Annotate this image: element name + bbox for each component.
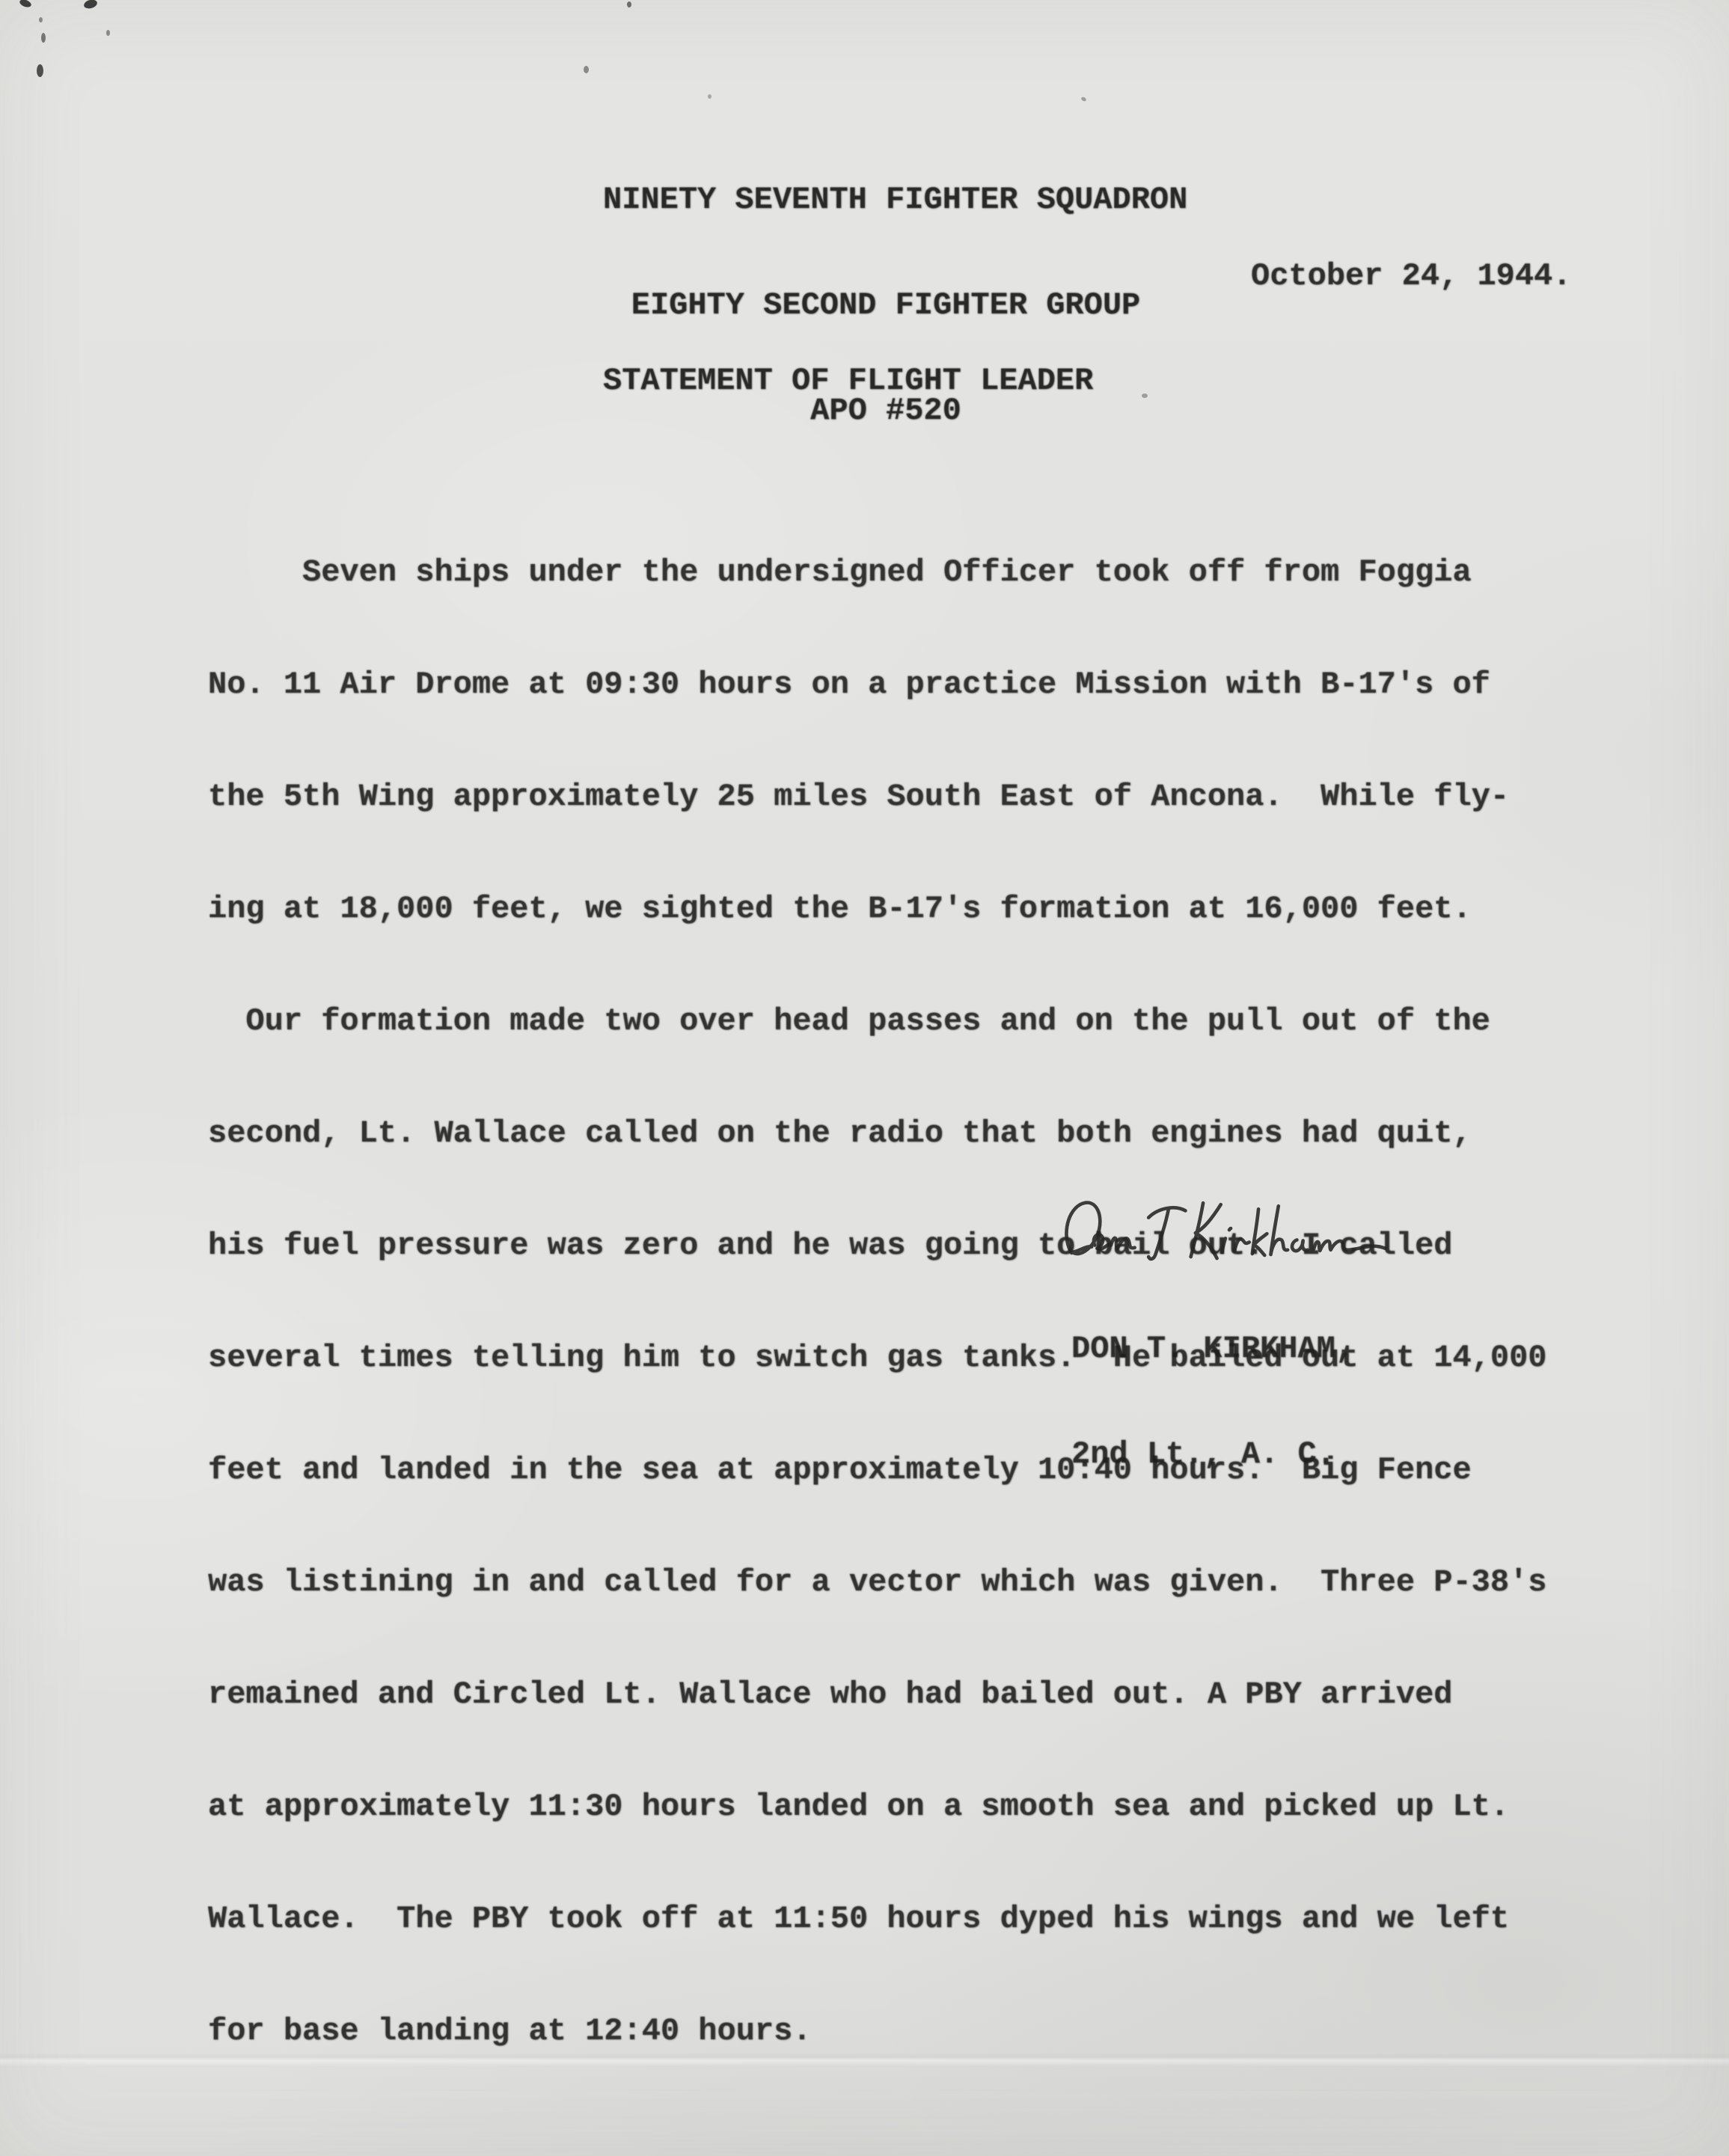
paper-fold-crease (0, 2053, 1729, 2066)
letterhead: NINETY SEVENTH FIGHTER SQUADRON EIGHTY S… (603, 112, 1169, 499)
letterhead-apo: APO #520 (603, 393, 1169, 429)
body-line: the 5th Wing approximately 25 miles Sout… (208, 778, 1547, 815)
handwritten-signature (1059, 1188, 1398, 1269)
scanned-document-page: NINETY SEVENTH FIGHTER SQUADRON EIGHTY S… (0, 0, 1729, 2156)
paper-speck (39, 17, 43, 22)
body-line: ing at 18,000 feet, we sighted the B-17'… (208, 890, 1547, 928)
document-title: STATEMENT OF FLIGHT LEADER (603, 364, 1093, 399)
paper-speck (83, 0, 98, 10)
body-line: for base landing at 12:40 hours. (208, 2012, 1547, 2050)
body-line: second, Lt. Wallace called on the radio … (208, 1115, 1547, 1152)
signature-rank: 2nd Lt., A. C. (1071, 1437, 1354, 1472)
body-line: remained and Circled Lt. Wallace who had… (208, 1676, 1547, 1713)
paper-speck (1080, 97, 1087, 102)
paper-speck (708, 94, 712, 99)
body-line: No. 11 Air Drome at 09:30 hours on a pra… (208, 666, 1547, 703)
body-line: Seven ships under the undersigned Office… (208, 554, 1547, 591)
document-date: October 24, 1944. (1251, 259, 1571, 294)
paper-speck (627, 1, 631, 7)
body-line: Wallace. The PBY took off at 11:50 hours… (208, 1900, 1547, 1938)
letterhead-squadron: NINETY SEVENTH FIGHTER SQUADRON (603, 183, 1169, 218)
paper-speck (1142, 393, 1148, 398)
paper-speck (584, 66, 589, 73)
body-line: was listining in and called for a vector… (208, 1564, 1547, 1601)
paper-speck (106, 30, 110, 36)
paper-speck (19, 0, 32, 8)
paper-speck (41, 33, 46, 43)
signature-typed-name: DON T. KIRKHAM, (1071, 1332, 1354, 1367)
body-line: at approximately 11:30 hours landed on a… (208, 1788, 1547, 1825)
paper-speck (37, 64, 43, 77)
signature-block: DON T. KIRKHAM, 2nd Lt., A. C. (1071, 1261, 1354, 1543)
letterhead-group: EIGHTY SECOND FIGHTER GROUP (603, 288, 1169, 323)
body-line: Our formation made two over head passes … (208, 1002, 1547, 1040)
